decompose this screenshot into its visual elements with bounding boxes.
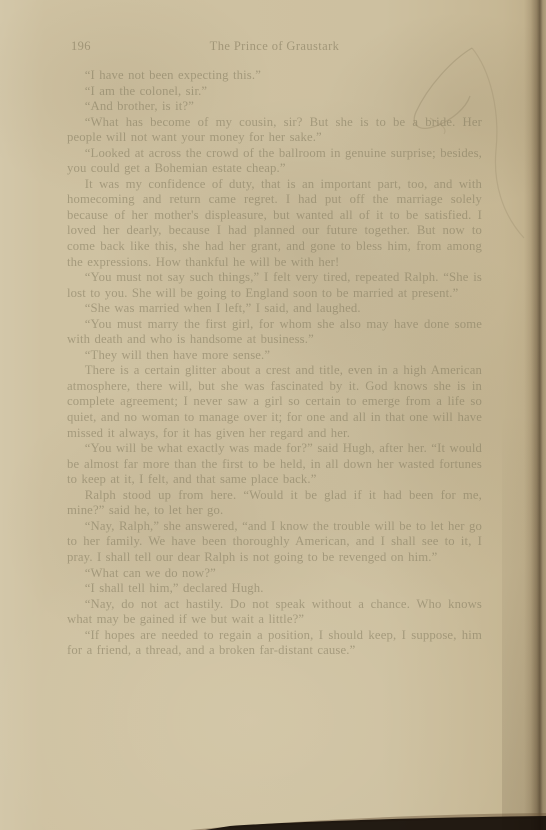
running-head-title: The Prince of Graustark — [67, 39, 482, 54]
paragraph: “You must marry the first girl, for whom… — [67, 317, 482, 348]
paragraph: “You will be what exactly was made for?”… — [67, 441, 482, 488]
paragraph: Ralph stood up from here. “Would it be g… — [67, 488, 482, 519]
paragraph: It was my confidence of duty, that is an… — [67, 177, 482, 270]
paragraph: “I have not been expecting this.” — [67, 68, 482, 84]
paragraph: “Nay, Ralph,” she answered, “and I know … — [67, 519, 482, 566]
paragraph: “Nay, do not act hastily. Do not speak w… — [67, 597, 482, 628]
paragraph: “She was married when I left,” I said, a… — [67, 301, 482, 317]
page-edge-shadow-lower — [502, 410, 546, 830]
paragraph: “And brother, is it?” — [67, 99, 482, 115]
running-head: 196 The Prince of Graustark — [67, 39, 482, 55]
paragraph: There is a certain glitter about a crest… — [67, 363, 482, 441]
body-text: “I have not been expecting this.” “I am … — [67, 68, 482, 659]
paragraph: “Looked at across the crowd of the ballr… — [67, 146, 482, 177]
paragraph: “If hopes are needed to regain a positio… — [67, 628, 482, 659]
paragraph: “I shall tell him,” declared Hugh. — [67, 581, 482, 597]
scanned-book-page: 196 The Prince of Graustark “I have not … — [0, 0, 546, 830]
paragraph: “What can we do now?” — [67, 566, 482, 582]
paragraph: “They will then have more sense.” — [67, 348, 482, 364]
paragraph: “What has become of my cousin, sir? But … — [67, 115, 482, 146]
paragraph: “I am the colonel, sir.” — [67, 84, 482, 100]
paragraph: “You must not say such things,” I felt v… — [67, 270, 482, 301]
